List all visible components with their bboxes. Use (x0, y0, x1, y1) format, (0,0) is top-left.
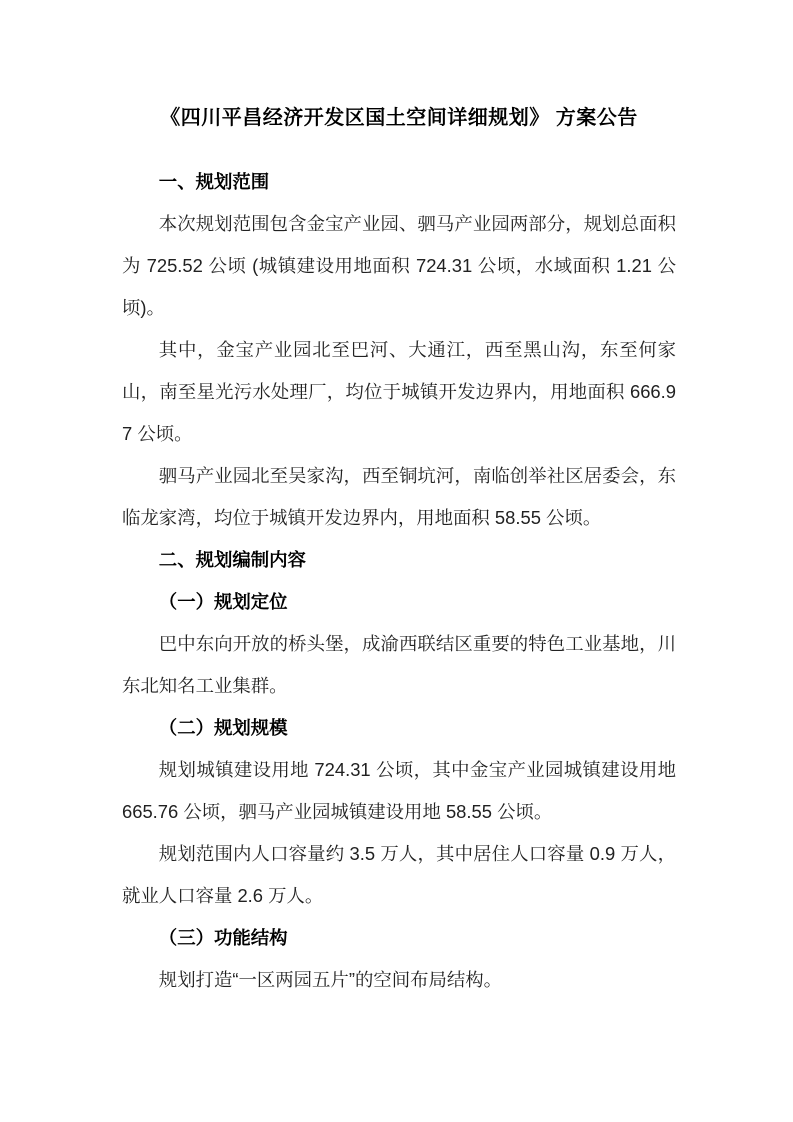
paragraph-jinbao-park-boundary: 其中，金宝产业园北至巴河、大通江，西至黑山沟，东至何家山，南至星光污水处理厂，均… (122, 329, 676, 455)
paragraph-population-capacity: 规划范围内人口容量约 3.5 万人，其中居住人口容量 0.9 万人，就业人口容量… (122, 833, 676, 917)
document-title: 《四川平昌经济开发区国土空间详细规划》 方案公告 (122, 97, 676, 139)
subsection-heading-functional-structure: （三）功能结构 (122, 917, 676, 959)
document-content: 《四川平昌经济开发区国土空间详细规划》 方案公告 一、规划范围 本次规划范围包含… (122, 97, 676, 1001)
subsection-heading-planning-scale: （二）规划规模 (122, 707, 676, 749)
paragraph-spatial-layout: 规划打造“一区两园五片”的空间布局结构。 (122, 959, 676, 1001)
paragraph-positioning: 巴中东向开放的桥头堡，成渝西联结区重要的特色工业基地，川东北知名工业集群。 (122, 623, 676, 707)
subsection-heading-planning-positioning: （一）规划定位 (122, 581, 676, 623)
section-heading-planning-scope: 一、规划范围 (122, 161, 676, 203)
paragraph-total-area: 本次规划范围包含金宝产业园、驷马产业园两部分，规划总面积为 725.52 公顷 … (122, 203, 676, 329)
paragraph-sima-park-boundary: 驷马产业园北至吴家沟，西至铜坑河，南临创举社区居委会，东临龙家湾，均位于城镇开发… (122, 455, 676, 539)
section-heading-planning-content: 二、规划编制内容 (122, 539, 676, 581)
paragraph-construction-land-scale: 规划城镇建设用地 724.31 公顷，其中金宝产业园城镇建设用地 665.76 … (122, 749, 676, 833)
document-page: 《四川平昌经济开发区国土空间详细规划》 方案公告 一、规划范围 本次规划范围包含… (0, 0, 793, 1122)
